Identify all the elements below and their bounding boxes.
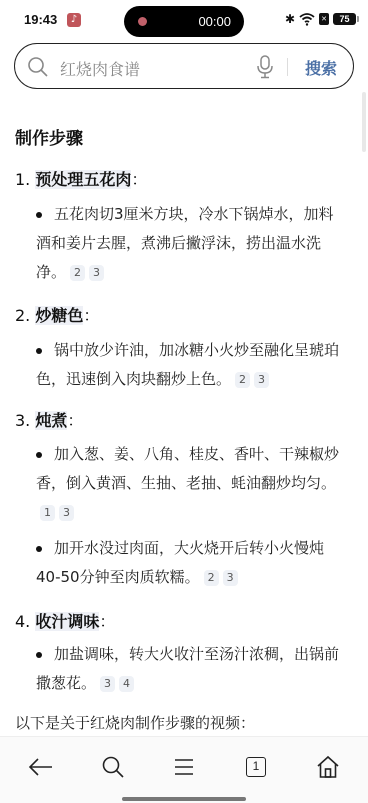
status-icons: ✱ ✕ 75 xyxy=(285,12,356,26)
citation-badge[interactable]: 3 xyxy=(59,505,74,521)
step-heading: 3. 炖煮： xyxy=(15,408,83,431)
wifi-icon xyxy=(299,12,315,26)
home-indicator[interactable] xyxy=(122,797,246,801)
list-item: 加盐调味，转大火收汁至汤汁浓稠，出锅前撒葱花。34 xyxy=(36,640,346,698)
step-heading: 2. 炒糖色： xyxy=(15,303,99,326)
bluetooth-icon: ✱ xyxy=(285,12,295,26)
bullet-dot xyxy=(36,652,42,658)
colon: ： xyxy=(99,612,115,631)
status-time: 19:43 xyxy=(24,12,57,27)
bullet-dot xyxy=(36,452,42,458)
colon: ： xyxy=(67,411,83,430)
back-arrow-icon xyxy=(28,757,54,777)
citation-badge[interactable]: 3 xyxy=(223,570,238,586)
step-number: 2. xyxy=(15,306,30,325)
step-title: 收汁调味 xyxy=(35,612,99,631)
menu-button[interactable] xyxy=(170,753,198,781)
search-divider xyxy=(287,58,288,76)
battery-icon: 75 xyxy=(333,13,356,25)
menu-icon xyxy=(173,756,195,778)
tab-count: 1 xyxy=(253,759,260,773)
search-nav-button[interactable] xyxy=(99,753,127,781)
citation-badge[interactable]: 2 xyxy=(204,570,219,586)
step-title: 预处理五花肉 xyxy=(35,170,131,189)
section-title: 制作步骤 xyxy=(15,124,83,149)
search-bar[interactable]: 红烧肉食谱 搜索 xyxy=(14,43,354,89)
list-item: 锅中放少许油，加冰糖小火炒至融化呈琥珀色，迅速倒入肉块翻炒上色。23 xyxy=(36,336,346,394)
bullet-dot xyxy=(36,348,42,354)
status-bar: 19:43 ♪ 00:00 ✱ ✕ 75 xyxy=(0,0,368,42)
microphone-icon[interactable] xyxy=(256,55,274,79)
colon: ： xyxy=(83,306,99,325)
step-title: 炒糖色 xyxy=(35,306,83,325)
citation-badge[interactable]: 3 xyxy=(100,676,115,692)
bullet-text: 锅中放少许油，加冰糖小火炒至融化呈琥珀色，迅速倒入肉块翻炒上色。 xyxy=(36,341,339,388)
search-icon xyxy=(101,755,125,779)
citation-badge[interactable]: 1 xyxy=(40,505,55,521)
step-heading: 4. 收汁调味： xyxy=(15,609,115,632)
list-item: 加入葱、姜、八角、桂皮、香叶、干辣椒炒香，倒入黄酒、生抽、老抽、蚝油翻炒均匀。1… xyxy=(36,440,346,527)
citation-badge[interactable]: 2 xyxy=(70,265,85,281)
citation-badge[interactable]: 4 xyxy=(119,676,134,692)
bullet-dot xyxy=(36,546,42,552)
screen-recorder-pill[interactable]: 00:00 xyxy=(124,6,244,37)
sim-icon: ✕ xyxy=(319,13,329,25)
home-icon xyxy=(316,755,340,779)
colon: ： xyxy=(131,170,147,189)
recording-time: 00:00 xyxy=(198,14,231,29)
step-number: 3. xyxy=(15,411,30,430)
record-dot-icon xyxy=(138,17,147,26)
tabs-icon: 1 xyxy=(246,757,266,777)
tabs-button[interactable]: 1 xyxy=(242,753,270,781)
search-icon xyxy=(27,56,49,78)
citation-badge[interactable]: 3 xyxy=(254,372,269,388)
video-intro-text: 以下是关于红烧肉制作步骤的视频： xyxy=(15,712,255,733)
scrollbar[interactable] xyxy=(362,92,366,152)
bullet-dot xyxy=(36,212,42,218)
step-heading: 1. 预处理五花肉： xyxy=(15,167,147,190)
bullet-text: 加入葱、姜、八角、桂皮、香叶、干辣椒炒香，倒入黄酒、生抽、老抽、蚝油翻炒均匀。 xyxy=(36,445,339,492)
citation-badge[interactable]: 3 xyxy=(89,265,104,281)
search-button[interactable]: 搜索 xyxy=(305,56,337,79)
bullet-text: 加盐调味，转大火收汁至汤汁浓稠，出锅前撒葱花。 xyxy=(36,645,339,692)
home-button[interactable] xyxy=(314,753,342,781)
music-note-icon: ♪ xyxy=(67,13,81,27)
search-input[interactable]: 红烧肉食谱 xyxy=(60,57,140,80)
step-number: 4. xyxy=(15,612,30,631)
back-button[interactable] xyxy=(27,753,55,781)
citation-badge[interactable]: 2 xyxy=(235,372,250,388)
bottom-nav: 1 xyxy=(0,736,368,803)
bullet-text: 加开水没过肉面，大火烧开后转小火慢炖40-50分钟至肉质软糯。 xyxy=(36,539,324,586)
step-title: 炖煮 xyxy=(35,411,67,430)
list-item: 五花肉切3厘米方块，冷水下锅焯水，加料酒和姜片去腥，煮沸后撇浮沫，捞出温水洗净。… xyxy=(36,200,346,287)
step-number: 1. xyxy=(15,170,30,189)
list-item: 加开水没过肉面，大火烧开后转小火慢炖40-50分钟至肉质软糯。23 xyxy=(36,534,346,592)
